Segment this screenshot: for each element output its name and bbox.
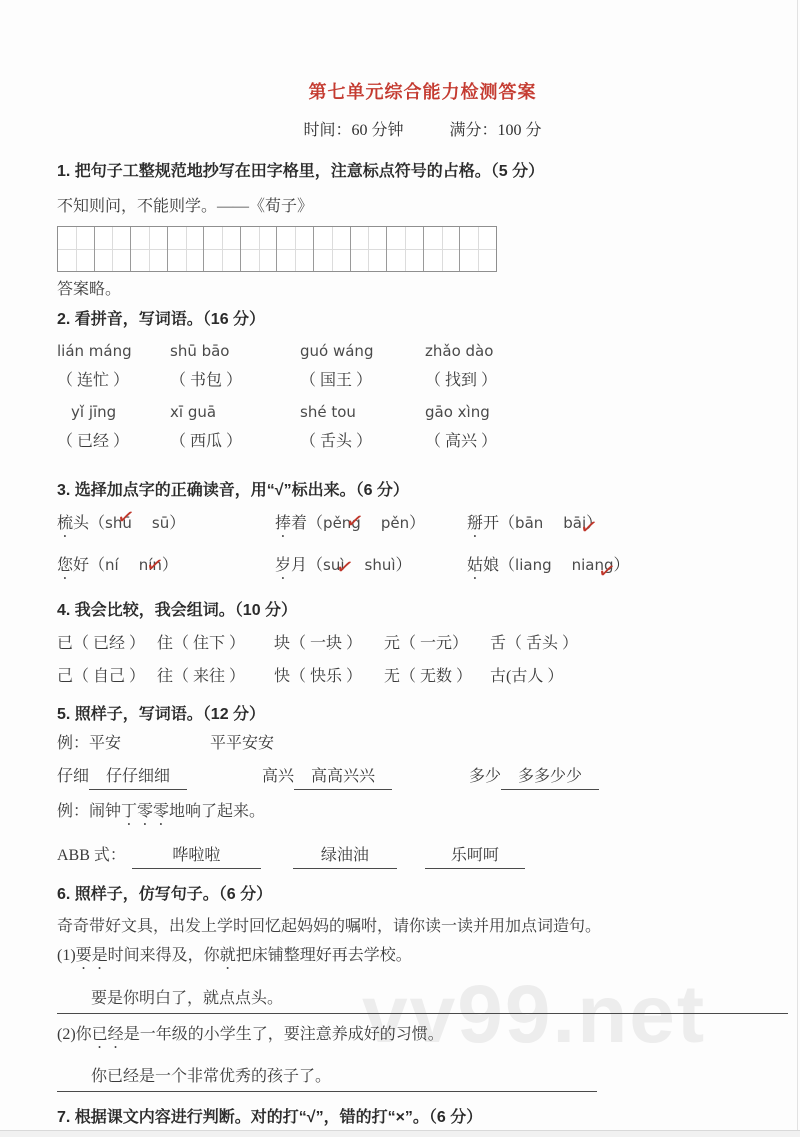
grid-cell [351, 227, 388, 271]
grid-cell [95, 227, 132, 271]
scanned-exam-page: vv99.net 第七单元综合能力检测答案 时间：60 分钟 满分：100 分 … [0, 0, 800, 1137]
word-build-row: 已（ 已经 ） 住（ 住下 ） 块（ 一块 ） 元（ 一元） 舌（ 舌头 ） [57, 634, 788, 654]
pinyin-row: lián máng shū bāo guó wáng zhǎo dào [57, 342, 788, 360]
written-answer-2: 你已经是一个非常优秀的孩子了。 [57, 1067, 597, 1092]
question-6-item-1: (1)要是时间来得及，你就把床铺整理好再去学校。 [57, 946, 788, 973]
pattern-pair: 仔细仔仔细细 [57, 767, 262, 790]
word-build-item: 古(古人 ） [490, 667, 788, 687]
exam-time: 时间：60 分钟 [303, 122, 403, 139]
scan-edge [0, 1130, 800, 1137]
checkmark-icon: ✓ [579, 516, 600, 540]
grid-cell [387, 227, 424, 271]
reading-choice-item: 捧着（pěng✓pěn） [275, 513, 467, 541]
underlined-answer: 乐呵呵 [425, 846, 525, 869]
answer-word: （ 连忙 ） [57, 371, 170, 391]
grid-cell [460, 227, 496, 271]
question-6-heading: 6. 照样子，仿写句子。（6 分） [57, 885, 788, 905]
question-3-heading: 3. 选择加点字的正确读音，用“√”标出来。（6 分） [57, 481, 788, 501]
pinyin-row: yǐ jīng xī guā shé tou gāo xìng [57, 403, 788, 421]
checkmark-icon: ✓ [334, 556, 355, 580]
underlined-answer: 仔仔细细 [89, 767, 187, 790]
answer-word: （ 已经 ） [57, 432, 170, 452]
word-build-item: 无（ 无数 ） [384, 667, 490, 687]
question-1-note: 答案略。 [57, 280, 788, 300]
answer-word: （ 舌头 ） [300, 432, 425, 452]
answer-word: （ 书包 ） [170, 371, 300, 391]
pinyin-word: xī guā [170, 403, 300, 421]
reading-choice-item: 您好（nínín✓） [57, 555, 275, 583]
word-build-item: 己（ 自己 ） [57, 667, 157, 687]
checkmark-icon: ✓ [115, 506, 136, 530]
grid-cell [204, 227, 241, 271]
underlined-answer: 绿油油 [293, 846, 397, 869]
question-6-intro: 奇奇带好文具，出发上学时回忆起妈妈的嘱咐，请你读一读并用加点词造句。 [57, 917, 788, 937]
answer-word: （ 找到 ） [425, 371, 788, 391]
word-build-row: 己（ 自己 ） 往（ 来往 ） 快（ 快乐 ） 无（ 无数 ） 古(古人 ） [57, 667, 788, 687]
word-build-item: 住（ 住下 ） [157, 634, 274, 654]
pinyin-word: lián máng [57, 342, 170, 360]
reading-choice-item: 梳头（shū✓sū） [57, 513, 275, 541]
grid-cell [314, 227, 351, 271]
word-build-item: 舌（ 舌头 ） [490, 634, 788, 654]
reading-choice-item: 岁月（suì✓shuì） [275, 555, 467, 583]
pattern-answer-row: 仔细仔仔细细 高兴高高兴兴 多少多多少少 [57, 767, 788, 790]
pinyin-word: gāo xìng [425, 403, 788, 421]
abb-answer-row: ABB 式： 哗啦啦 绿油油 乐呵呵 [57, 846, 788, 869]
question-6-item-2: (2)你已经是一年级的小学生了，要注意养成好的习惯。 [57, 1025, 788, 1052]
underlined-answer: 多多少少 [501, 767, 599, 790]
pattern-example: 例：平安 平平安安 [57, 734, 788, 754]
exam-meta: 时间：60 分钟 满分：100 分 [57, 117, 788, 140]
answer-row: （ 连忙 ） （ 书包 ） （ 国王 ） （ 找到 ） [57, 371, 788, 391]
answer-word: （ 西瓜 ） [170, 432, 300, 452]
underlined-answer: 高高兴兴 [294, 767, 392, 790]
answer-row: （ 已经 ） （ 西瓜 ） （ 舌头 ） （ 高兴 ） [57, 432, 788, 452]
grid-cell [241, 227, 278, 271]
written-answer-1: 要是你明白了，就点点头。 [57, 989, 788, 1014]
word-build-item: 快（ 快乐 ） [274, 667, 384, 687]
exam-score: 满分：100 分 [450, 122, 542, 139]
reading-choice-item: 姑娘（liangniang✓） [467, 555, 788, 583]
pinyin-word: shé tou [300, 403, 425, 421]
checkmark-icon: ✓ [596, 560, 617, 584]
reading-choice-row: 梳头（shū✓sū） 捧着（pěng✓pěn） 掰开（bānbāi✓） [57, 513, 788, 541]
pattern-pair: 高兴高高兴兴 [262, 767, 469, 790]
word-build-item: 块（ 一块 ） [274, 634, 384, 654]
question-7-heading: 7. 根据课文内容进行判断。对的打“√”，错的打“×”。（6 分） [57, 1108, 788, 1128]
reading-choice-row: 您好（nínín✓） 岁月（suì✓shuì） 姑娘（liangniang✓） [57, 555, 788, 583]
grid-cell [424, 227, 461, 271]
checkmark-icon: ✓ [144, 554, 165, 578]
pinyin-word: yǐ jīng [57, 403, 170, 421]
pinyin-word: guó wáng [300, 342, 425, 360]
question-5-heading: 5. 照样子，写词语。（12 分） [57, 705, 788, 725]
word-build-item: 往（ 来往 ） [157, 667, 274, 687]
question-1-heading: 1. 把句子工整规范地抄写在田字格里，注意标点符号的占格。（5 分） [57, 162, 788, 182]
pattern-example-2: 例：闹钟丁零零地响了起来。 [57, 802, 788, 829]
word-build-item: 元（ 一元） [384, 634, 490, 654]
page-title: 第七单元综合能力检测答案 [57, 78, 788, 104]
question-2-heading: 2. 看拼音，写词语。（16 分） [57, 310, 788, 330]
writing-grid [57, 226, 497, 272]
answer-word: （ 国王 ） [300, 371, 425, 391]
word-build-item: 已（ 已经 ） [57, 634, 157, 654]
underlined-answer: 哗啦啦 [132, 846, 261, 869]
reading-choice-item: 掰开（bānbāi✓） [467, 513, 788, 541]
pinyin-word: shū bāo [170, 342, 300, 360]
grid-cell [168, 227, 205, 271]
question-4-heading: 4. 我会比较，我会组词。（10 分） [57, 601, 788, 621]
pattern-pair: 多少多多少少 [469, 767, 788, 790]
pinyin-word: zhǎo dào [425, 342, 788, 360]
grid-cell [58, 227, 95, 271]
question-1-sentence: 不知则问，不能则学。——《荀子》 [57, 197, 788, 217]
checkmark-icon: ✓ [344, 510, 365, 534]
answer-word: （ 高兴 ） [425, 432, 788, 452]
grid-cell [277, 227, 314, 271]
grid-cell [131, 227, 168, 271]
exam-content: 第七单元综合能力检测答案 时间：60 分钟 满分：100 分 1. 把句子工整规… [0, 0, 800, 1128]
